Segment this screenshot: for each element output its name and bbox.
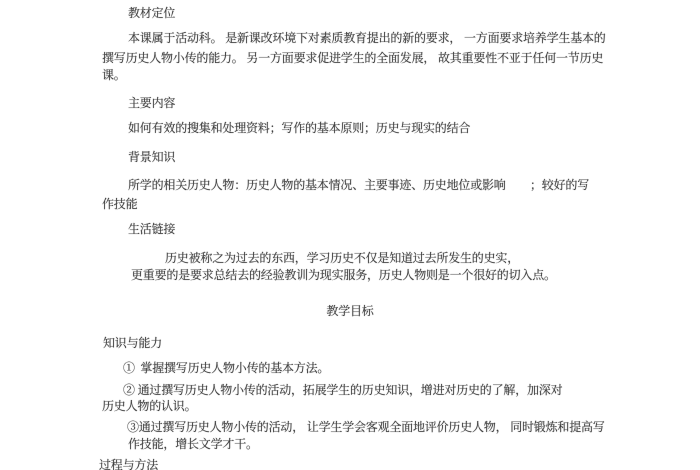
heading-background-knowledge: 背景知识 [128, 150, 175, 164]
list-item-2: ② 通过撰写历史人物小传的活动，拓展学生的历史知识，增进对历史的了解，加深对 [123, 383, 562, 397]
heading-life-link: 生活链接 [128, 222, 175, 236]
paragraph-line: 历史被称之为过去的东西，学习历史不仅是知道过去所发生的史实， [165, 251, 519, 265]
paragraph-line: 撰写历史人物小传的能力。 另一方面要求促进学生的全面发展， 故其重要性不亚于任何… [102, 51, 603, 65]
paragraph-line: 如何有效的搜集和处理资料；写作的基本原则；历史与现实的结合 [128, 121, 470, 135]
heading-textbook-positioning: 教材定位 [128, 6, 175, 20]
list-item-2-continuation: 历史人物的认识。 [102, 399, 196, 413]
list-item-1: ① 掌握撰写历史人物小传的基本方法。 [123, 361, 329, 375]
paragraph-line: 更重要的是要求总结去的经验教训为现实服务，历史人物则是一个很好的切入点。 [131, 268, 556, 282]
list-item-3-continuation: 作技能，增长文学才干。 [128, 437, 258, 451]
paragraph-line-right-fragment: ；较好的写 [530, 178, 589, 192]
document-page: 教材定位 本课属于活动科。 是新课改环境下对素质教育提出的新的要求， 一方面要求… [0, 0, 700, 470]
heading-knowledge-and-ability: 知识与能力 [103, 336, 162, 350]
paragraph-line: 课。 [102, 68, 126, 82]
heading-main-content: 主要内容 [128, 96, 175, 110]
paragraph-line: 本课属于活动科。 是新课改环境下对素质教育提出的新的要求， 一方面要求培养学生基… [128, 31, 606, 45]
heading-teaching-goals: 教学目标 [0, 304, 700, 318]
heading-process-and-method: 过程与方法 [99, 458, 158, 470]
list-item-3: ③通过撰写历史人物小传的活动， 让学生学会客观全面地评价历史人物， 同时锻炼和提… [127, 420, 605, 434]
paragraph-line: 作技能 [102, 197, 137, 211]
paragraph-line: 所学的相关历史人物：历史人物的基本情况、主要事迹、历史地位或影响 [128, 178, 506, 192]
